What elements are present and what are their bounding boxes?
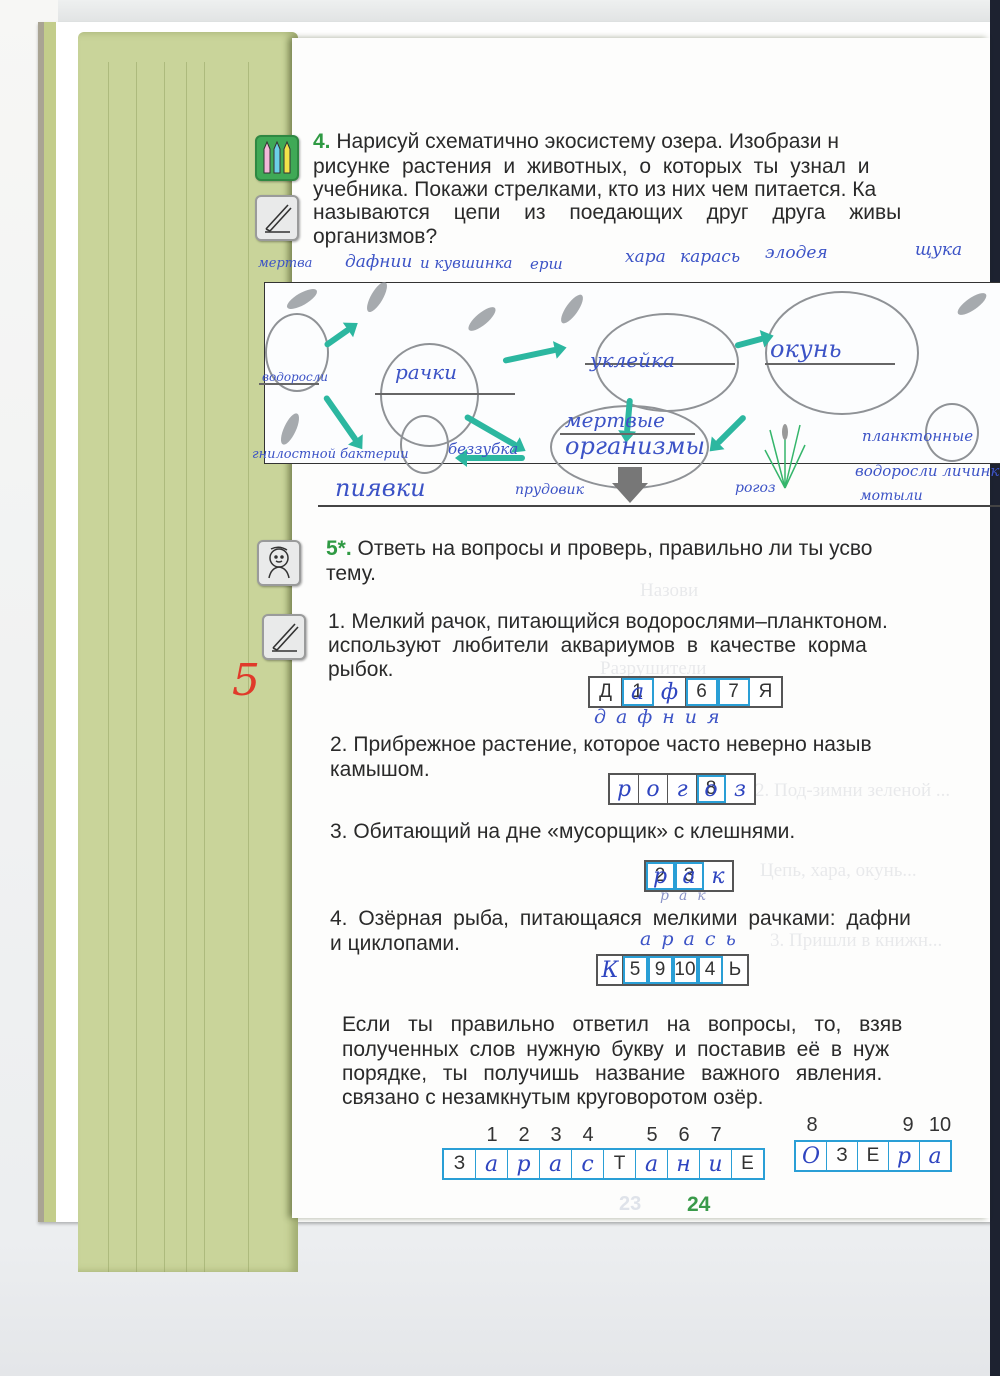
letter-cell[interactable]: 1а bbox=[622, 678, 654, 706]
handwritten-letter: р bbox=[516, 1152, 530, 1177]
printed-letter: Я bbox=[759, 681, 773, 703]
letter-index: 3 bbox=[540, 1124, 572, 1147]
colored-pencils-icon bbox=[255, 135, 299, 181]
letter-index: 10 bbox=[924, 1114, 956, 1137]
handwritten-letter: к bbox=[711, 864, 724, 889]
letter-cell[interactable]: 5 bbox=[623, 956, 648, 984]
q1-answer-grid[interactable]: Д1аф67Я bbox=[588, 676, 783, 708]
letter-cell[interactable]: 4 bbox=[698, 956, 723, 984]
drawing-label: хара bbox=[625, 247, 666, 267]
label-dead: мертвые bbox=[565, 408, 665, 432]
final-answer-word1-grid[interactable]: ЗарасТаниЕ bbox=[442, 1148, 765, 1180]
label-bloodworms: мотыли bbox=[860, 488, 923, 504]
letter-cell[interactable]: Ь bbox=[723, 956, 747, 984]
q3-line1: 3. Обитающий на дне «мусорщик» с клешням… bbox=[330, 820, 795, 844]
printed-letter: Е bbox=[867, 1145, 880, 1167]
letter-cell[interactable]: а bbox=[636, 1150, 668, 1178]
page-number: 24 bbox=[687, 1193, 710, 1217]
word2-letter-numbers: 8910 bbox=[796, 1114, 956, 1137]
handwritten-letter: О bbox=[802, 1144, 820, 1169]
label-bacteria: гнилостной бактерии bbox=[252, 447, 409, 462]
letter-cell[interactable]: а bbox=[476, 1150, 508, 1178]
letter-cell[interactable]: Е bbox=[858, 1142, 889, 1170]
printed-letter: 9 bbox=[655, 959, 666, 981]
letter-cell[interactable]: Д bbox=[590, 678, 622, 706]
q4-line2: и циклопами. bbox=[330, 932, 460, 956]
printed-letter: Т bbox=[614, 1153, 626, 1175]
letter-cell[interactable]: а bbox=[540, 1150, 572, 1178]
final-answer-word2-grid[interactable]: ОЗЕра bbox=[794, 1140, 952, 1172]
handwritten-letter: о bbox=[704, 777, 717, 802]
printed-letter: Е bbox=[741, 1153, 754, 1175]
printed-letter: 7 bbox=[728, 681, 739, 703]
label-algae: водоросли bbox=[262, 370, 328, 384]
letter-cell[interactable]: Т bbox=[604, 1150, 636, 1178]
scanner-edge bbox=[990, 0, 1000, 1376]
printed-letter: З bbox=[454, 1153, 465, 1175]
label-organisms: организмы bbox=[565, 432, 705, 460]
printed-letter: 4 bbox=[705, 959, 716, 981]
q2-line2: камышом. bbox=[330, 758, 430, 782]
label-crustaceans: рачки bbox=[395, 360, 457, 384]
letter-cell[interactable]: 3а bbox=[675, 862, 704, 890]
handwritten-letter: а bbox=[549, 1152, 562, 1177]
task4-line5: организмов? bbox=[313, 225, 437, 249]
task5-line1: 5*. Ответь на вопросы и проверь, правиль… bbox=[326, 537, 872, 561]
letter-cell[interactable]: 6 bbox=[686, 678, 718, 706]
drawing-label: и кувшинка bbox=[420, 254, 512, 272]
letter-index bbox=[732, 1124, 764, 1147]
handwritten-letter: с bbox=[581, 1152, 593, 1177]
label-leeches: пиявки bbox=[335, 474, 426, 502]
handwritten-letter: р bbox=[653, 864, 667, 889]
letter-index bbox=[828, 1114, 860, 1137]
handwritten-letter: н bbox=[676, 1152, 691, 1177]
letter-cell[interactable]: 9 bbox=[648, 956, 673, 984]
letter-cell[interactable]: г bbox=[668, 775, 697, 803]
letter-index: 8 bbox=[796, 1114, 828, 1137]
q2-answer-grid[interactable]: рог8оз bbox=[608, 773, 756, 805]
printed-letter: 10 bbox=[674, 959, 695, 981]
letter-cell[interactable]: р bbox=[889, 1142, 920, 1170]
letter-cell[interactable]: 2р bbox=[646, 862, 675, 890]
conclusion-line1: Если ты правильно ответил на вопросы, то… bbox=[342, 1013, 902, 1037]
label-algae-larvae: водоросли личинки bbox=[855, 462, 1000, 480]
margin-grade-mark: 5 bbox=[232, 655, 260, 706]
letter-cell[interactable]: Я bbox=[750, 678, 781, 706]
q4-handwritten-word: арась bbox=[640, 928, 746, 950]
down-arrow-drawing bbox=[610, 465, 650, 505]
drawing-label: ерш bbox=[530, 255, 563, 273]
letter-index bbox=[604, 1124, 636, 1147]
label-perch: окунь bbox=[770, 335, 842, 363]
drawing-label: щука bbox=[915, 240, 962, 260]
letter-cell[interactable]: и bbox=[700, 1150, 732, 1178]
ghost-page-number: 23 bbox=[619, 1193, 641, 1216]
letter-index bbox=[860, 1114, 892, 1137]
letter-index: 4 bbox=[572, 1124, 604, 1147]
q4-line1: 4. Озёрная рыба, питающаяся мелкими рачк… bbox=[330, 907, 911, 931]
printed-letter: 5 bbox=[630, 959, 641, 981]
letter-cell[interactable]: О bbox=[796, 1142, 827, 1170]
word1-letter-numbers: 1234567 bbox=[444, 1124, 764, 1147]
label-mussel: беззубка bbox=[448, 440, 518, 458]
letter-cell[interactable]: З bbox=[827, 1142, 858, 1170]
handwritten-letter: и bbox=[708, 1152, 722, 1177]
letter-index: 5 bbox=[636, 1124, 668, 1147]
task5-number: 5*. bbox=[326, 537, 352, 560]
letter-cell[interactable]: к bbox=[704, 862, 732, 890]
letter-cell[interactable]: К bbox=[598, 956, 623, 984]
letter-index: 9 bbox=[892, 1114, 924, 1137]
letter-cell[interactable]: з bbox=[726, 775, 754, 803]
printed-letter: 6 bbox=[696, 681, 707, 703]
handwritten-letter: а bbox=[631, 680, 644, 705]
letter-cell[interactable]: 10 bbox=[673, 956, 698, 984]
letter-cell[interactable]: о bbox=[639, 775, 668, 803]
answer-rule bbox=[318, 505, 1000, 507]
label-plankton: планктонные bbox=[862, 427, 973, 445]
handwritten-letter: К bbox=[601, 958, 618, 983]
printed-letter: Д bbox=[599, 681, 612, 703]
letter-cell[interactable]: 8о bbox=[697, 775, 726, 803]
letter-cell[interactable]: 7 bbox=[718, 678, 750, 706]
conclusion-line2: полученных слов нужную букву и поставив … bbox=[342, 1038, 889, 1062]
handwritten-letter: р bbox=[617, 777, 631, 802]
printed-letter: Ь bbox=[729, 959, 741, 981]
task4-number: 4. bbox=[313, 130, 331, 153]
letter-index: 2 bbox=[508, 1124, 540, 1147]
handwritten-letter: ф bbox=[661, 680, 678, 705]
task4-line4: называются цепи из поедающих друг друга … bbox=[313, 201, 901, 225]
q4-answer-grid[interactable]: К59104Ь bbox=[596, 954, 749, 986]
handwritten-letter: г bbox=[676, 777, 687, 802]
q1-line2: используют любители аквариумов в качеств… bbox=[328, 634, 867, 658]
pencil-icon bbox=[262, 614, 306, 660]
conclusion-line4: связано с незамкнутым круговоротом озёр. bbox=[342, 1086, 763, 1110]
cattail-drawing bbox=[760, 420, 810, 490]
letter-index: 6 bbox=[668, 1124, 700, 1147]
q1-line3: рыбок. bbox=[328, 658, 394, 682]
conclusion-line3: порядке, ты получишь название важного яв… bbox=[342, 1062, 882, 1086]
handwritten-letter: а bbox=[485, 1152, 498, 1177]
letter-cell[interactable]: ф bbox=[654, 678, 686, 706]
task4-line1: 4. Нарисуй схематично экосистему озера. … bbox=[313, 130, 839, 154]
task4-line2: рисунке растения и животных, о которых т… bbox=[313, 155, 869, 179]
letter-cell[interactable]: р bbox=[610, 775, 639, 803]
mussel-circle bbox=[400, 415, 449, 474]
child-face-icon bbox=[257, 540, 301, 586]
letter-cell[interactable]: З bbox=[444, 1150, 476, 1178]
handwritten-letter: о bbox=[646, 777, 659, 802]
pencil-icon bbox=[255, 195, 299, 241]
letter-cell[interactable]: с bbox=[572, 1150, 604, 1178]
label-bleak: уклейка bbox=[590, 348, 675, 372]
drawing-label: дафнии bbox=[345, 252, 412, 272]
letter-index bbox=[444, 1124, 476, 1147]
letter-cell[interactable]: р bbox=[508, 1150, 540, 1178]
letter-index: 7 bbox=[700, 1124, 732, 1147]
handwritten-letter: а bbox=[645, 1152, 658, 1177]
letter-cell[interactable]: а bbox=[920, 1142, 950, 1170]
letter-cell[interactable]: Е bbox=[732, 1150, 763, 1178]
q1-line1: 1. Мелкий рачок, питающийся водорослями–… bbox=[328, 610, 888, 634]
handwritten-letter: з bbox=[734, 777, 746, 802]
task4-line3: учебника. Покажи стрелками, кто из них ч… bbox=[313, 178, 876, 202]
handwritten-letter: р bbox=[897, 1144, 911, 1169]
drawing-label: карась bbox=[680, 247, 740, 267]
handwritten-letter: а bbox=[682, 864, 695, 889]
task5-line2: тему. bbox=[326, 562, 376, 586]
q3-handwritten-word: рак bbox=[660, 888, 716, 904]
q1-handwritten-word: дафния bbox=[594, 706, 730, 728]
drawing-label: мертва bbox=[258, 256, 312, 271]
q2-line1: 2. Прибрежное растение, которое часто не… bbox=[330, 733, 872, 757]
printed-letter: З bbox=[836, 1145, 847, 1167]
letter-index: 1 bbox=[476, 1124, 508, 1147]
drawing-label: элодея bbox=[765, 243, 828, 263]
label-pond-snail: прудовик bbox=[515, 482, 584, 498]
letter-cell[interactable]: н bbox=[668, 1150, 700, 1178]
handwritten-letter: а bbox=[928, 1144, 941, 1169]
